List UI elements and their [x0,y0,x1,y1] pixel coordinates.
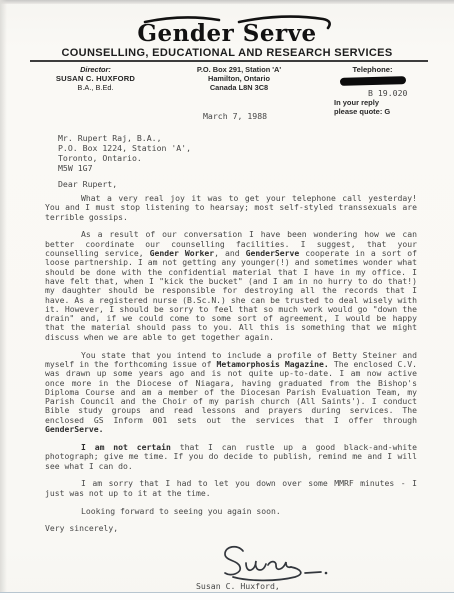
signature-letter-s [225,547,243,575]
director-name: SUSAN C. HUXFORD [28,74,163,83]
valediction: Very sincerely, [45,524,417,533]
paragraph-text: cooperate in a sort of loose partnership… [45,248,417,342]
signature-dash [305,572,321,573]
handwritten-signature [213,542,417,582]
letterhead-tagline: COUNSELLING, EDUCATIONAL AND RESEARCH SE… [0,47,454,59]
paragraph-text: What a very real joy it was to get your … [45,193,417,222]
logo-graphic: Gender Serve [107,15,347,49]
paragraph-text: Looking forward to seeing you again soon… [81,506,281,516]
salutation: Dear Rupert, [58,179,117,189]
paragraph-2: As a result of our conversation I have b… [45,230,417,342]
director-block: Director: SUSAN C. HUXFORD B.A., B.Ed. [28,65,163,92]
paragraph-text: The enclosed C.V. was drawn up some year… [45,359,417,425]
paragraph-6: Looking forward to seeing you again soon… [45,507,417,516]
org-address-line2: Hamilton, Ontario [163,74,315,83]
signature-period-dot [325,572,328,575]
org-address-block: P.O. Box 291, Station 'A' Hamilton, Onta… [163,65,315,92]
scan-edge-bottom [0,592,454,600]
signature-underline-flourish [233,567,301,580]
reply-note-line2: please quote: G [334,108,390,117]
scan-edge-left [0,0,7,600]
org-address-line1: P.O. Box 291, Station 'A' [163,65,315,74]
director-label: Director: [28,65,163,74]
logo-text: Gender Serve [137,20,316,47]
recipient-address-block: Mr. Rupert Raj, B.A., P.O. Box 1224, Sta… [58,134,191,174]
signature-letters-an [268,562,291,570]
paragraph-text: I am sorry that I had to let you down ov… [45,478,417,497]
paragraph-5: I am sorry that I had to let you down ov… [45,479,417,498]
reference-number: B 19.020 [368,88,407,98]
telephone-label: Telephone: [315,65,430,74]
paragraph-1: What a very real joy it was to get your … [45,194,417,222]
paragraph-3: You state that you intend to include a p… [45,351,417,435]
bold-genderserve-2: GenderServe. [45,424,103,434]
recipient-line4: M5W 1G7 [58,164,191,174]
reply-note: In your reply please quote: G [334,99,390,117]
letter-body: What a very real joy it was to get your … [45,194,417,600]
scan-edge-top [0,0,454,4]
letterhead-divider [30,60,428,62]
paragraph-4: I am not certain that I can rustle up a … [45,443,417,471]
telephone-redaction-bar [339,76,405,86]
scanned-letter: Gender Serve COUNSELLING, EDUCATIONAL AN… [0,0,454,600]
director-credentials: B.A., B.Ed. [28,83,163,92]
signature-letters-us [246,561,266,570]
org-address-line3: Canada L8N 3C8 [163,83,315,92]
signature-graphic [213,542,333,582]
date-line: March 7, 1988 [203,111,267,121]
